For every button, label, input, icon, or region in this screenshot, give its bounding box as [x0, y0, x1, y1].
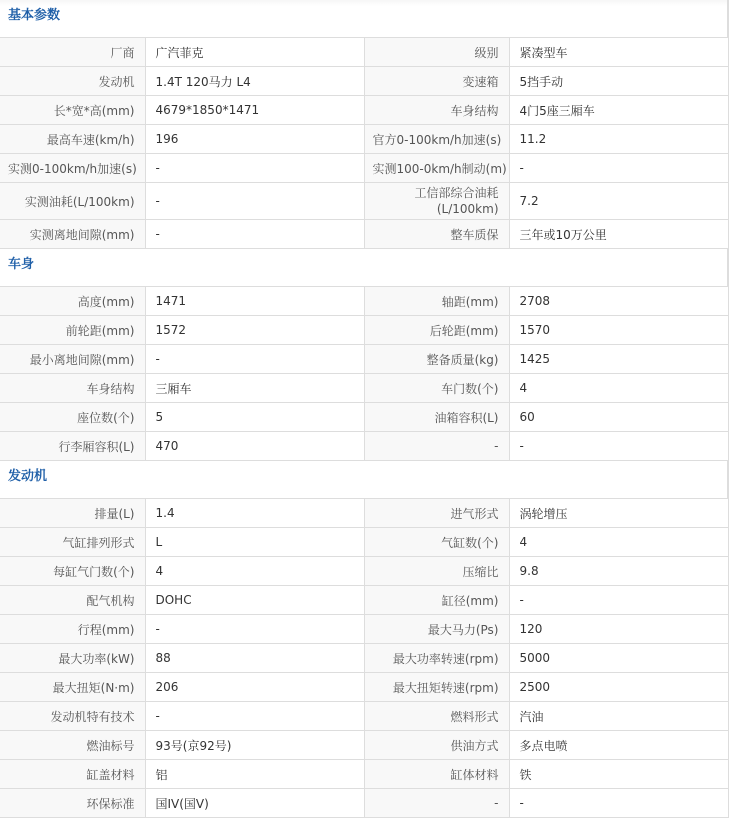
spec-value: 4679*1850*1471 [145, 96, 364, 125]
spec-value: 铁 [509, 760, 729, 789]
table-row: 发动机 1.4T 120马力 L4 变速箱 5挡手动 [0, 67, 729, 96]
spec-label: 级别 [364, 38, 509, 67]
spec-value: 93号(京92号) [145, 731, 364, 760]
spec-value: DOHC [145, 586, 364, 615]
spec-label: 环保标准 [0, 789, 145, 818]
spec-label: 每缸气门数(个) [0, 557, 145, 586]
spec-value: 120 [509, 615, 729, 644]
spec-value: 1.4 [145, 499, 364, 528]
spec-label: 工信部综合油耗(L/100km) [364, 183, 509, 220]
spec-label: 发动机 [0, 67, 145, 96]
table-row: 排量(L) 1.4 进气形式 涡轮增压 [0, 499, 729, 528]
spec-label: 车身结构 [364, 96, 509, 125]
spec-label: 行李厢容积(L) [0, 432, 145, 461]
spec-label: 轴距(mm) [364, 287, 509, 316]
spec-label: 官方0-100km/h加速(s) [364, 125, 509, 154]
table-row: 车身结构 三厢车 车门数(个) 4 [0, 374, 729, 403]
spec-label: 最小离地间隙(mm) [0, 345, 145, 374]
spec-label: 发动机特有技术 [0, 702, 145, 731]
spec-label: 高度(mm) [0, 287, 145, 316]
spec-value: 紧凑型车 [509, 38, 729, 67]
spec-value: L [145, 528, 364, 557]
spec-value: - [509, 789, 729, 818]
spec-value: 7.2 [509, 183, 729, 220]
spec-label: 供油方式 [364, 731, 509, 760]
spec-value: - [145, 154, 364, 183]
spec-value: 1471 [145, 287, 364, 316]
spec-label: 气缸数(个) [364, 528, 509, 557]
table-row: 实测离地间隙(mm) - 整车质保 三年或10万公里 [0, 220, 729, 249]
spec-value: 5 [145, 403, 364, 432]
table-row: 环保标准 国IV(国V) - - [0, 789, 729, 818]
spec-value: - [145, 345, 364, 374]
spec-label: 整车质保 [364, 220, 509, 249]
spec-value: 60 [509, 403, 729, 432]
table-row: 实测0-100km/h加速(s) - 实测100-0km/h制动(m) - [0, 154, 729, 183]
section-title-body: 车身 [0, 249, 729, 286]
spec-label: 燃料形式 [364, 702, 509, 731]
spec-label: 实测100-0km/h制动(m) [364, 154, 509, 183]
spec-value: 5挡手动 [509, 67, 729, 96]
spec-value: 1.4T 120马力 L4 [145, 67, 364, 96]
spec-value: 涡轮增压 [509, 499, 729, 528]
spec-label: 厂商 [0, 38, 145, 67]
table-row: 座位数(个) 5 油箱容积(L) 60 [0, 403, 729, 432]
spec-label: 燃油标号 [0, 731, 145, 760]
spec-label: 最大扭矩转速(rpm) [364, 673, 509, 702]
spec-value: 多点电喷 [509, 731, 729, 760]
spec-value: - [509, 586, 729, 615]
spec-value: 2708 [509, 287, 729, 316]
spec-value: - [145, 220, 364, 249]
section-title-basic-params: 基本参数 [0, 0, 729, 37]
table-row: 厂商 广汽菲克 级别 紧凑型车 [0, 38, 729, 67]
table-row: 最小离地间隙(mm) - 整备质量(kg) 1425 [0, 345, 729, 374]
spec-value: 铝 [145, 760, 364, 789]
spec-value: 88 [145, 644, 364, 673]
spec-table-body: 高度(mm) 1471 轴距(mm) 2708 前轮距(mm) 1572 后轮距… [0, 286, 729, 461]
spec-value: - [145, 615, 364, 644]
table-row: 高度(mm) 1471 轴距(mm) 2708 [0, 287, 729, 316]
table-row: 实测油耗(L/100km) - 工信部综合油耗(L/100km) 7.2 [0, 183, 729, 220]
spec-value: 汽油 [509, 702, 729, 731]
table-row: 最大功率(kW) 88 最大功率转速(rpm) 5000 [0, 644, 729, 673]
spec-value: 1572 [145, 316, 364, 345]
table-row: 最高车速(km/h) 196 官方0-100km/h加速(s) 11.2 [0, 125, 729, 154]
spec-value: - [145, 702, 364, 731]
spec-label: 压缩比 [364, 557, 509, 586]
table-row: 配气机构 DOHC 缸径(mm) - [0, 586, 729, 615]
spec-value: 国IV(国V) [145, 789, 364, 818]
table-row: 气缸排列形式 L 气缸数(个) 4 [0, 528, 729, 557]
spec-label: 整备质量(kg) [364, 345, 509, 374]
spec-value: - [509, 432, 729, 461]
table-row: 缸盖材料 铝 缸体材料 铁 [0, 760, 729, 789]
spec-label: 进气形式 [364, 499, 509, 528]
spec-label: - [364, 432, 509, 461]
spec-value: - [509, 154, 729, 183]
spec-value: 4 [509, 374, 729, 403]
spec-value: - [145, 183, 364, 220]
spec-label: 油箱容积(L) [364, 403, 509, 432]
spec-value: 11.2 [509, 125, 729, 154]
spec-label: 配气机构 [0, 586, 145, 615]
spec-value: 196 [145, 125, 364, 154]
table-row: 行李厢容积(L) 470 - - [0, 432, 729, 461]
table-row: 燃油标号 93号(京92号) 供油方式 多点电喷 [0, 731, 729, 760]
section-title-engine: 发动机 [0, 461, 729, 498]
spec-value: 206 [145, 673, 364, 702]
spec-label: 实测油耗(L/100km) [0, 183, 145, 220]
spec-value: 三年或10万公里 [509, 220, 729, 249]
spec-label: 前轮距(mm) [0, 316, 145, 345]
spec-label: 变速箱 [364, 67, 509, 96]
spec-table-basic-params: 厂商 广汽菲克 级别 紧凑型车 发动机 1.4T 120马力 L4 变速箱 5挡… [0, 37, 729, 249]
spec-label: 最大扭矩(N·m) [0, 673, 145, 702]
table-row: 发动机特有技术 - 燃料形式 汽油 [0, 702, 729, 731]
spec-label: 缸体材料 [364, 760, 509, 789]
spec-label: 最大马力(Ps) [364, 615, 509, 644]
spec-label: - [364, 789, 509, 818]
spec-value: 三厢车 [145, 374, 364, 403]
spec-label: 行程(mm) [0, 615, 145, 644]
spec-value: 5000 [509, 644, 729, 673]
spec-value: 1425 [509, 345, 729, 374]
table-row: 前轮距(mm) 1572 后轮距(mm) 1570 [0, 316, 729, 345]
spec-label: 缸径(mm) [364, 586, 509, 615]
spec-label: 长*宽*高(mm) [0, 96, 145, 125]
spec-value: 4 [145, 557, 364, 586]
spec-label: 车身结构 [0, 374, 145, 403]
spec-label: 后轮距(mm) [364, 316, 509, 345]
spec-value: 4 [509, 528, 729, 557]
spec-label: 实测离地间隙(mm) [0, 220, 145, 249]
spec-value: 广汽菲克 [145, 38, 364, 67]
table-row: 每缸气门数(个) 4 压缩比 9.8 [0, 557, 729, 586]
spec-value: 2500 [509, 673, 729, 702]
spec-label: 排量(L) [0, 499, 145, 528]
spec-label: 最大功率转速(rpm) [364, 644, 509, 673]
spec-label: 最高车速(km/h) [0, 125, 145, 154]
spec-table-engine: 排量(L) 1.4 进气形式 涡轮增压 气缸排列形式 L 气缸数(个) 4 每缸… [0, 498, 729, 818]
spec-label: 气缸排列形式 [0, 528, 145, 557]
spec-value: 470 [145, 432, 364, 461]
spec-label: 缸盖材料 [0, 760, 145, 789]
spec-label: 最大功率(kW) [0, 644, 145, 673]
spec-label: 座位数(个) [0, 403, 145, 432]
spec-value: 9.8 [509, 557, 729, 586]
table-row: 最大扭矩(N·m) 206 最大扭矩转速(rpm) 2500 [0, 673, 729, 702]
spec-value: 1570 [509, 316, 729, 345]
spec-label: 实测0-100km/h加速(s) [0, 154, 145, 183]
spec-page: 基本参数 厂商 广汽菲克 级别 紧凑型车 发动机 1.4T 120马力 L4 变… [0, 0, 729, 818]
spec-label: 车门数(个) [364, 374, 509, 403]
table-row: 行程(mm) - 最大马力(Ps) 120 [0, 615, 729, 644]
table-row: 长*宽*高(mm) 4679*1850*1471 车身结构 4门5座三厢车 [0, 96, 729, 125]
spec-value: 4门5座三厢车 [509, 96, 729, 125]
